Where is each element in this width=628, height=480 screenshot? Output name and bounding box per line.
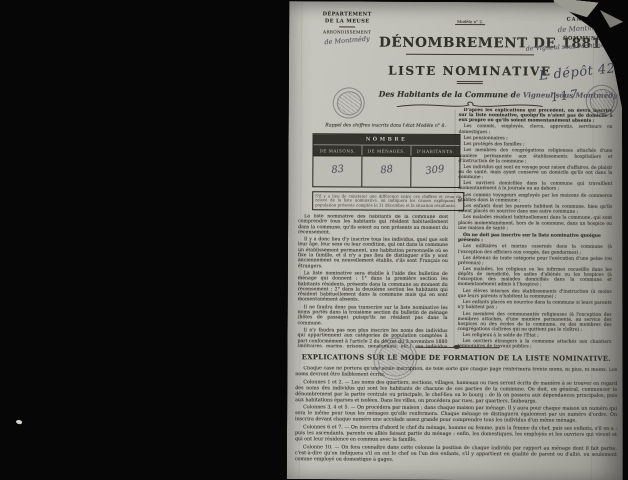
department-block: DÉPARTEMENT DE LA MEUSE ARRONDISSEMENT d… (313, 11, 381, 44)
exclude-item: Les élèves internes des établissements d… (458, 289, 612, 300)
model-number-note: Modèle n° 2. (455, 19, 485, 25)
commune-line: Des Habitants de la Commune de Vigneul s… (379, 90, 561, 100)
exclude-item: Les détenus de toute catégorie pour l'ex… (458, 256, 612, 267)
title-underline (406, 54, 534, 56)
exclude-item: Les religieux à la solde de l'État ; (457, 333, 611, 339)
paragraph: Chaque case ne portera qu'une seule insc… (295, 366, 617, 379)
table-header-row: DE MAISONS. DE MÉNAGES. D'HABITANTS. (313, 145, 459, 157)
include-item: Les pensionnaires ; (459, 136, 613, 142)
column-header-habitants: D'HABITANTS. (410, 146, 459, 156)
paragraph: La liste nominative sera établie à l'aid… (298, 271, 448, 304)
divider-rule (339, 26, 355, 27)
census-form-sheet: DÉPARTEMENT DE LA MEUSE ARRONDISSEMENT d… (287, 1, 627, 480)
table-value-row: 83 88 309 (313, 156, 459, 187)
subtitle-rule (457, 81, 483, 85)
department-label: DÉPARTEMENT (313, 11, 381, 17)
explanations-paragraphs: Chaque case ne portera qu'une seule insc… (295, 366, 618, 478)
table-title: NOMBRE (313, 134, 459, 146)
paragraph: Colonnes 6 et 7. — On inscrira d'abord l… (295, 425, 617, 444)
exclude-item: Les militaires et marins casernés dans l… (458, 244, 612, 255)
left-instructions-column: La liste nominative des habitants de la … (297, 214, 448, 348)
include-item: Les ouvriers domiciliés dans la commune … (458, 181, 612, 192)
commune-line-printed: Des Habitants de la Commune d (379, 90, 516, 100)
torn-paper-flap (595, 8, 623, 32)
paragraph: Colonne 10. — On fera connaître dans cet… (295, 445, 617, 464)
exclude-item: Les enfants placés en nourrice dans la c… (458, 300, 612, 311)
exclude-item: Les membres des communautés religieuses … (458, 312, 612, 333)
section-divider (415, 347, 499, 348)
column-header-menages: DE MÉNAGES. (361, 145, 410, 155)
include-item: Les enfants dont les parents habitent la… (458, 204, 612, 215)
department-name: DE LA MEUSE (313, 18, 381, 24)
dust-fleck (16, 419, 23, 425)
subtitle: LISTE NOMINATIVE (379, 64, 561, 79)
exclude-heading: On ne doit pas inscrire sur la liste nom… (458, 233, 612, 244)
paragraph: Colonnes 1 et 2. — Les noms des quartier… (295, 380, 617, 405)
column-header-maisons: DE MAISONS. (313, 145, 361, 155)
include-item: Les membres des congrégations religieuse… (458, 148, 612, 164)
paragraph: Il y a donc lieu d'y inscrire tous les i… (298, 237, 448, 270)
recap-caption: Rappel des chiffres inscrits dans l'état… (311, 123, 461, 129)
include-intro: D'après les explications qui précèdent, … (459, 108, 613, 124)
round-stamp (330, 85, 368, 122)
include-item: Les malades résidant habituellement dans… (458, 215, 612, 231)
exclude-item: Les malades, les religieux ou les infirm… (458, 267, 612, 288)
value-menages: 88 (361, 156, 410, 186)
arrondissement-handwritten: de Montmédy (313, 34, 381, 48)
include-item: Les commis voyageurs employés par les ma… (458, 193, 612, 204)
column-separator (453, 110, 455, 348)
include-item: Les commis, employés, clercs, apprentis,… (459, 124, 613, 135)
value-habitants: 309 (410, 157, 459, 187)
include-item: Les individus qui sont en voyage pour ra… (458, 165, 612, 181)
explanations-heading: EXPLICATIONS SUR LE MODE DE FORMATION DE… (291, 353, 621, 363)
right-instructions-column: D'après les explications qui précèdent, … (457, 108, 612, 351)
paragraph: Colonnes 3, 4 et 5. — On procédera par m… (295, 406, 617, 425)
commune-label: COMMUNE (539, 35, 625, 41)
page-number-handwritten: 117 (550, 87, 581, 105)
scanned-census-page: DÉPARTEMENT DE LA MEUSE ARRONDISSEMENT d… (0, 0, 628, 480)
recap-table: NOMBRE DE MAISONS. DE MÉNAGES. D'HABITAN… (312, 133, 460, 188)
title-block: Modèle n° 2. DÉNOMBREMENT DE 1881 LISTE … (379, 8, 562, 111)
exclude-item: Les ouvriers étrangers à la commune atta… (457, 339, 611, 350)
paragraph: La liste nominative des habitants de la … (298, 214, 448, 236)
paragraph: Il ne faudra donc pas transcrire sur la … (298, 305, 448, 327)
table-footnote: S'il y a lieu de constater une différenc… (312, 191, 464, 211)
paragraph: Il n'y faudra pas non plus inscrire les … (297, 328, 447, 348)
value-maisons: 83 (313, 156, 361, 186)
